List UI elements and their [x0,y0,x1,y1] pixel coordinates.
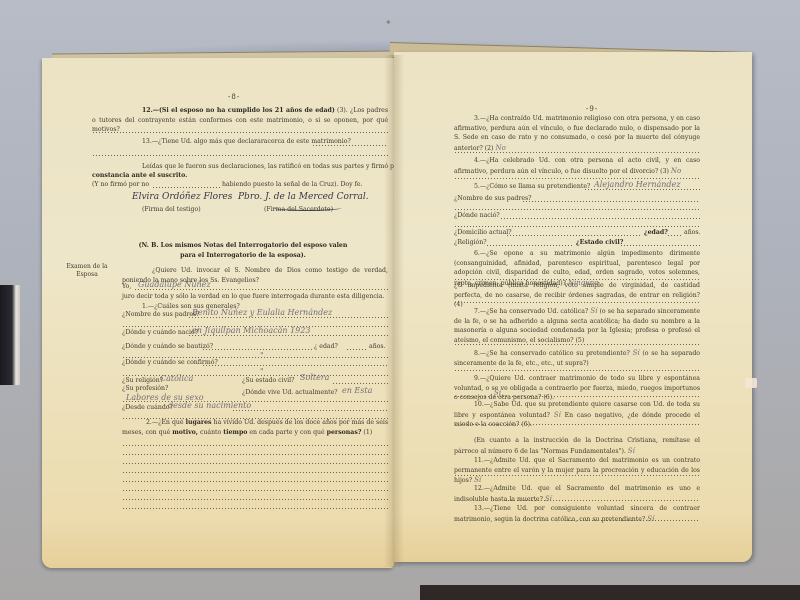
civil-status-label: ¿Su estado civil? [242,376,294,386]
age-label: ¿ edad? [314,342,338,352]
question-9-handwritten: Sí [494,388,501,399]
answer-line [122,481,388,482]
answer-line [454,209,700,210]
answer-line [454,396,700,397]
oath-rest: juro decir toda y sólo la verdad en lo q… [122,292,384,302]
answer-line [134,289,388,290]
answer-line [522,201,700,202]
page-number: -8- [228,92,240,103]
domicile-label: ¿Domicilio actual? [454,228,512,238]
answer-line [332,383,388,384]
answer-line [564,520,700,521]
right-page: -9- 3.—¿Ha contraído Ud. matrimonio reli… [394,52,752,562]
priest-signature: Pbro. J. de la Merced Corral. [238,191,369,205]
light-glint [745,378,757,388]
answer-line [506,235,642,236]
age-unit: años. [684,228,701,238]
answer-line [454,424,700,425]
question-4: 4.—¿Ha celebrado Ud. con otra persona el… [454,156,700,176]
question-2: 2.—¿En qué lugares ha vivido Ud. después… [122,418,388,437]
answer-line [122,472,388,473]
born-label: ¿Dónde nació? [454,211,500,221]
answer-line [152,187,220,188]
answer-line [188,317,388,318]
question-8: 8.—¿Se ha conservado católico su pretend… [454,348,700,368]
yo-label: Yo, [122,282,131,292]
answer-line [620,245,700,246]
residence-label: ¿Dónde vive Ud. actualmente? [242,388,338,398]
since-label: ¿Desde cuándo? [122,403,173,413]
answer-line [504,500,700,501]
answer-line [122,454,388,455]
question-5: 5.—¿Cómo se llama su pretendiente? [474,182,590,192]
answer-line [454,302,700,303]
answer-line [92,155,388,156]
answer-line [454,152,700,153]
civil-status-handwritten: Soltera [300,372,329,384]
dark-surface-edge [420,585,800,600]
closing-text-4: habiendo puesto la señal de la Cruz). Do… [222,180,363,190]
residence-handwritten: en Esta [342,385,372,397]
answer-line [122,463,388,464]
age-label: ¿edad? [644,228,668,238]
note-heading: (N. B. Los mismos Notas del Interrogator… [138,241,348,260]
question-3: 3.—¿Ha contraído Ud. matrimonio religios… [454,114,700,154]
baptized-label: ¿Dónde y cuándo se bautizó? [122,342,213,352]
answer-line [346,349,366,350]
answer-line [202,349,312,350]
margin-label-exam: Examen de la Esposa [60,263,114,279]
answer-line [188,335,388,336]
witness-signature: Elvira Ordóñez Flores [132,191,232,205]
witness-signature-label: (Firma del testigo) [142,205,201,215]
civil-status-label: ¿Estado civil? [576,238,623,248]
dark-binder-object [0,285,20,385]
born-label: ¿Dónde y cuándo nació? [122,328,198,338]
question-13: 13.—¿Tiene Ud. por consiguiente voluntad… [454,504,700,524]
answer-line [92,132,388,133]
question-12: 12.—(Si el esposo no ha cumplido los 21 … [92,106,388,135]
answer-line [202,365,388,366]
question-12: 12.—¿Admite Ud. que el Sacramento del ma… [454,484,700,504]
priest-signature-label: (Firma del Sacerdote) [264,205,333,215]
pin-mark: ✦ [385,18,393,26]
answer-line [122,499,388,500]
answer-line [122,401,388,402]
answer-line [486,245,574,246]
question-10: 10.—¿Sabe Ud. que su pretendiente quiere… [454,400,700,430]
question-11: 11.—¿Admite Ud. que el Sacramento del ma… [454,456,700,486]
parents-label: ¿Nombre de sus padres? [122,310,200,320]
religion-label: ¿Religión? [454,238,487,248]
answer-line [454,226,700,227]
doctrine-instruction: (En cuanto a la instrucción de la Doctri… [454,436,700,456]
answer-line [667,235,681,236]
answer-line [232,410,388,411]
answer-line [454,344,700,345]
left-page: -8- 12.—(Si el esposo no ha cumplido los… [42,58,394,568]
closing-text-3: (Y no firmó por no [92,180,149,190]
answer-line [122,490,388,491]
answer-line [454,475,700,476]
answer-line [122,445,388,446]
answer-line [584,189,700,190]
answer-line [122,508,388,509]
parents-label: ¿Nombre de sus padres? [454,194,532,204]
age-unit: años. [369,342,386,352]
answer-line [500,218,700,219]
answer-line [312,145,388,146]
confirmed-label: ¿Dónde y cuándo se confirmó? [122,358,218,368]
question-9: 9.—¿Quiere Ud. contraer matrimonio de to… [454,374,700,403]
answer-line [454,279,700,280]
answer-line [454,370,700,371]
question-7: 7.—¿Se ha conservado Ud. católica? Sí (o… [454,306,700,346]
